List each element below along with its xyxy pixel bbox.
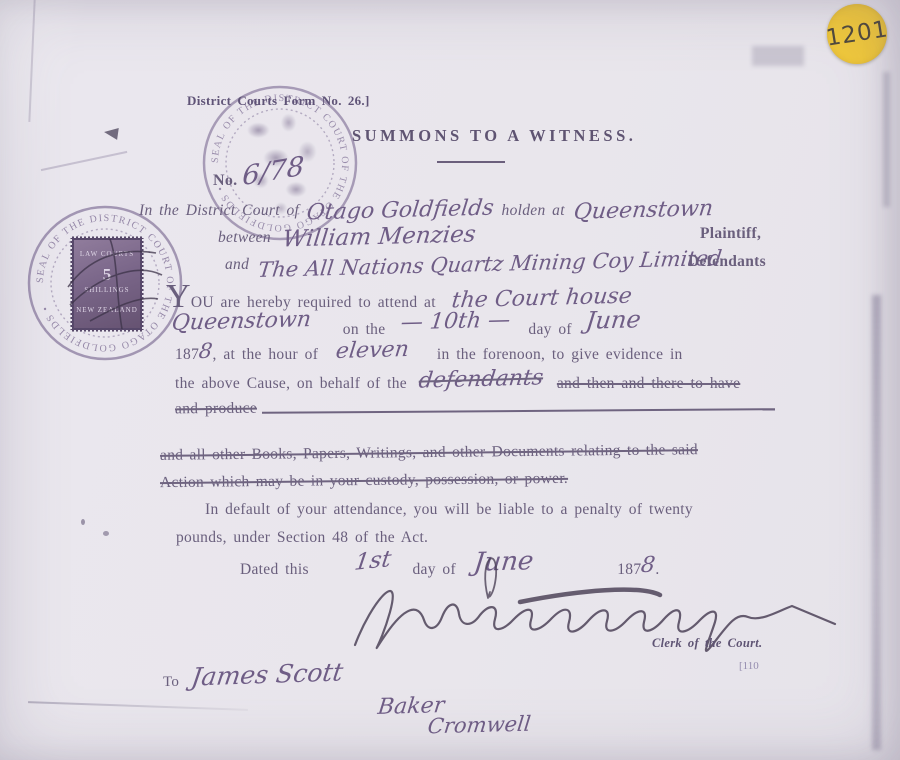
struck-action-line: Action which may be in your custody, pos…	[160, 470, 568, 492]
smudge-mark	[883, 72, 890, 207]
year-printed: 187	[175, 346, 199, 363]
on-the-label: on the	[343, 321, 386, 338]
catalog-sticker: 1201	[827, 4, 887, 64]
behalf-handwritten-struck: defendants	[417, 365, 544, 393]
ref-mark: [110	[739, 660, 759, 672]
between-label: between	[218, 229, 271, 246]
case-number-label: No.	[213, 172, 237, 190]
attend-town-handwritten: Queenstown	[170, 307, 312, 336]
hour-post-label: in the forenoon, to give evidence in	[437, 346, 683, 363]
recipient-place-handwritten: Cromwell	[426, 712, 532, 739]
recipient-name-handwritten: James Scott	[190, 657, 345, 691]
plaintiff-name-handwritten: William Menzies	[281, 221, 477, 252]
clerk-label: Clerk of the Court.	[652, 636, 762, 651]
plaintiff-label: Plaintiff,	[700, 225, 761, 243]
form-ref: District Courts Form No. 26.]	[187, 93, 370, 109]
and-label: and	[225, 256, 249, 273]
crease-mark	[28, 0, 35, 122]
dated-label: Dated this	[240, 561, 309, 578]
court-line-prefix: In the District Court of	[139, 202, 299, 219]
year-digit-handwritten: 8	[198, 339, 214, 363]
day-value-handwritten: — 10th —	[400, 308, 512, 336]
holden-at-label: holden at	[502, 202, 565, 219]
to-label: To	[163, 674, 179, 691]
title-divider	[437, 161, 505, 163]
document-photo: SEAL OF THE DISTRICT COURT OF THE OTAGO …	[0, 0, 900, 760]
struck-books-line: and all other Books, Papers, Writings, a…	[160, 441, 698, 465]
defendant-name-handwritten: The All Nations Quartz Mining Coy Limite…	[257, 246, 723, 282]
cause-line: the above Cause, on behalf of the	[175, 375, 407, 392]
smudge-mark	[752, 46, 804, 66]
page-edge-smudge	[872, 295, 881, 750]
fold-arrow-mark	[103, 126, 119, 140]
defendant-label: Defendants	[688, 253, 766, 271]
penalty-line-1: In default of your attendance, you will …	[205, 501, 693, 519]
stamp-handwriting-scrawl	[60, 225, 170, 345]
court-place-handwritten: Queenstown	[572, 196, 714, 225]
struck-blank-line	[262, 408, 775, 414]
document-title: SUMMONS TO A WITNESS.	[352, 126, 636, 146]
hour-handwritten: eleven	[335, 337, 411, 364]
struck-and-produce: and produce	[175, 400, 257, 419]
hour-pre-label: , at the hour of	[213, 346, 319, 363]
day-of-label: day of	[528, 321, 571, 338]
sticker-number: 1201	[824, 16, 890, 51]
ink-speck	[103, 531, 109, 536]
crease-mark	[28, 701, 248, 710]
month-handwritten: June	[584, 305, 642, 334]
struck-then-there: and then and there to have	[557, 375, 740, 392]
ink-speck	[81, 519, 85, 525]
clerk-signature	[330, 540, 850, 665]
crease-mark	[41, 151, 127, 171]
